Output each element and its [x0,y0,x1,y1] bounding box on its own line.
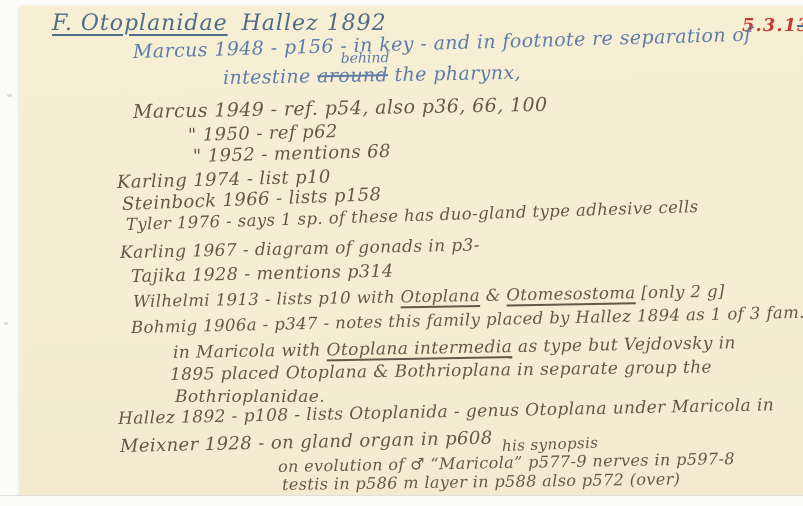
entry-bohmig-1906-line3: 1895 placed Otoplana & Bothrioplana in s… [170,358,712,384]
index-card: F. OtoplanidaeHallez 1892 5.3.13 Marcus … [20,6,803,495]
entry-marcus-1948-line2: intestine around the pharynx, behind [223,63,521,89]
wilhelmi-conj: & [480,285,507,304]
genus-otomesostoma: Otomesostoma [506,283,636,304]
species-otoplana-intermedia: Otoplana intermedia [326,337,512,360]
entry-meixner-1928-line1: Meixner 1928 - on gland organ in p608 [120,429,493,457]
wilhelmi-pre: Wilhelmi 1913 - lists p10 with [133,287,401,311]
inserted-word-behind: behind [341,51,390,67]
bohmig-line2-post: as type but Vejdovsky in [512,333,736,357]
entry-tajika-1928: Tajika 1928 - mentions p314 [131,263,394,288]
entry-marcus-1952: " 1952 - mentions 68 [193,142,391,167]
entry-marcus-1949: Marcus 1949 - ref. p54, also p36, 66, 10… [133,95,548,123]
bohmig-line2-pre: in Maricola with [173,340,327,363]
line2-pre: intestine [223,65,318,89]
genus-otoplana: Otoplana [400,286,480,306]
card-title: F. OtoplanidaeHallez 1892 [52,12,387,36]
entry-meixner-1928-line3: testis in p586 m layer in p588 also p572… [282,470,681,493]
line2-post: the pharynx, [388,62,521,86]
catalog-number-struck-digit: 3 [797,15,803,36]
entry-bohmig-1906-line4: Bothrioplanidae. [175,388,325,407]
scan-bottom-edge [0,495,803,506]
wilhelmi-post: [only 2 g] [635,282,725,303]
authority: Hallez 1892 [242,11,387,36]
scan-smudge [7,94,12,97]
family-name: F. Otoplanidae [52,11,228,36]
scan-smudge [4,322,8,325]
struck-word-around: around [317,64,388,87]
entry-karling-1967: Karling 1967 - diagram of gonads in p3- [120,236,480,262]
